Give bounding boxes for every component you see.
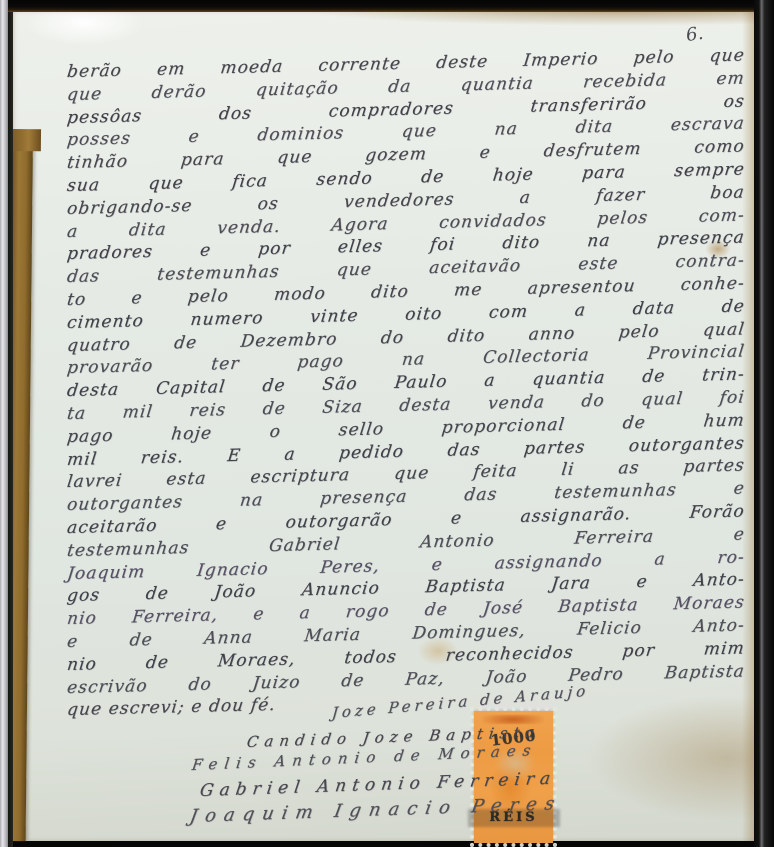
signature-block: Joze Pereira de Araujo Candido Joze Bapt… [0,0,774,847]
scan-edge-top [8,0,774,12]
scan-edge-right [754,0,774,847]
scan-edge-left-dark [8,0,13,847]
signature: Joze Pereira de Araujo [331,681,590,722]
scan-edge-left-gray [0,0,8,847]
